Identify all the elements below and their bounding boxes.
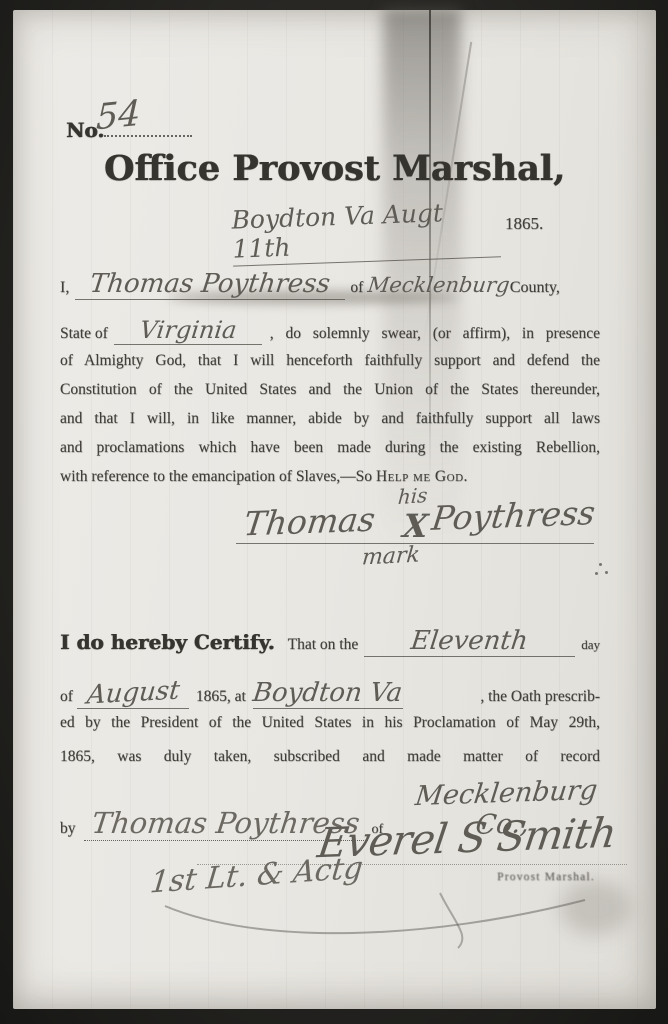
certify-place-blank: Boydton Va xyxy=(253,678,403,709)
his-label: his xyxy=(397,483,428,509)
certify-heading: I do hereby Certify. xyxy=(60,630,275,654)
certify-day-blank: Eleventh xyxy=(364,626,575,657)
certify-line-1: I do hereby Certify. That on the Elevent… xyxy=(60,626,600,657)
oath-line-2: State of Virginia , do solemnly swear, (… xyxy=(60,316,600,345)
oath-line-3: of Almighty God, that I will henceforth … xyxy=(60,352,600,370)
document-title: Office Provost Marshal, xyxy=(13,148,656,189)
marshal-title-printed: Provost Marshal. xyxy=(497,871,595,883)
oath-county-handwritten: Mecklenburg xyxy=(367,273,511,297)
oathtaker-signature-block: his Thomas X Poythress mark xyxy=(230,486,610,581)
certify-day-label: day xyxy=(581,637,600,653)
certify-year-at: 1865, at xyxy=(196,688,246,706)
certify-day-handwritten: Eleventh xyxy=(410,626,530,656)
oath-line-6: and proclamations which have been made d… xyxy=(60,439,600,457)
certify-line-3: ed by the President of the United States… xyxy=(60,714,600,732)
oath-line-5: and that I will, in like manner, abide b… xyxy=(60,410,600,428)
oath-name-handwritten: Thomas Poythress xyxy=(88,269,332,299)
oath-line-7: with reference to the emancipation of Sl… xyxy=(60,468,600,486)
oath-swear-text: , do solemnly swear, (or affirm), in pre… xyxy=(270,325,600,343)
oath-line-7-text: with reference to the emancipation of Sl… xyxy=(60,468,372,485)
document-number-value: 54 xyxy=(95,93,141,138)
x-mark: X xyxy=(401,507,430,545)
oath-state-blank: Virginia xyxy=(114,316,262,345)
certify-line-4: 1865, was duly taken, subscribed and mad… xyxy=(60,748,600,766)
oath-i-label: I, xyxy=(60,279,69,297)
scan-background: No. 54 Office Provost Marshal, Boydton V… xyxy=(0,0,668,1024)
dateline-handwritten: Boydton Va Augt 11th xyxy=(231,196,501,266)
signature-flourish xyxy=(140,888,610,958)
dateline-year: 1865. xyxy=(505,214,543,234)
certify-month-handwritten: August xyxy=(85,675,181,710)
oath-line-4: Constitution of the United States and th… xyxy=(60,381,600,399)
certify-prescrib-text: , the Oath prescrib- xyxy=(403,688,600,706)
certify-month-blank: August xyxy=(77,678,189,709)
signature-first-name: Thomas xyxy=(242,500,378,544)
oath-line-1: I, Thomas Poythress of Mecklenburg Count… xyxy=(60,269,600,300)
mark-label: mark xyxy=(361,542,421,570)
certify-place-handwritten: Boydton Va xyxy=(251,678,404,708)
certify-by-label: by xyxy=(60,820,76,838)
oath-name-blank: Thomas Poythress xyxy=(75,269,345,300)
certify-that-on-the: That on the xyxy=(288,636,359,654)
oath-of-label: of xyxy=(350,279,363,297)
oath-state-of-label: State of xyxy=(60,325,108,343)
oath-county-blank: Mecklenburg xyxy=(368,273,510,297)
signature-last-name: Poythress xyxy=(430,493,598,538)
certify-line-2: of August 1865, at Boydton Va , the Oath… xyxy=(60,678,600,709)
oath-state-handwritten: Virginia xyxy=(138,316,238,344)
certify-of-label: of xyxy=(60,688,73,706)
oath-county-label: County, xyxy=(510,279,560,297)
